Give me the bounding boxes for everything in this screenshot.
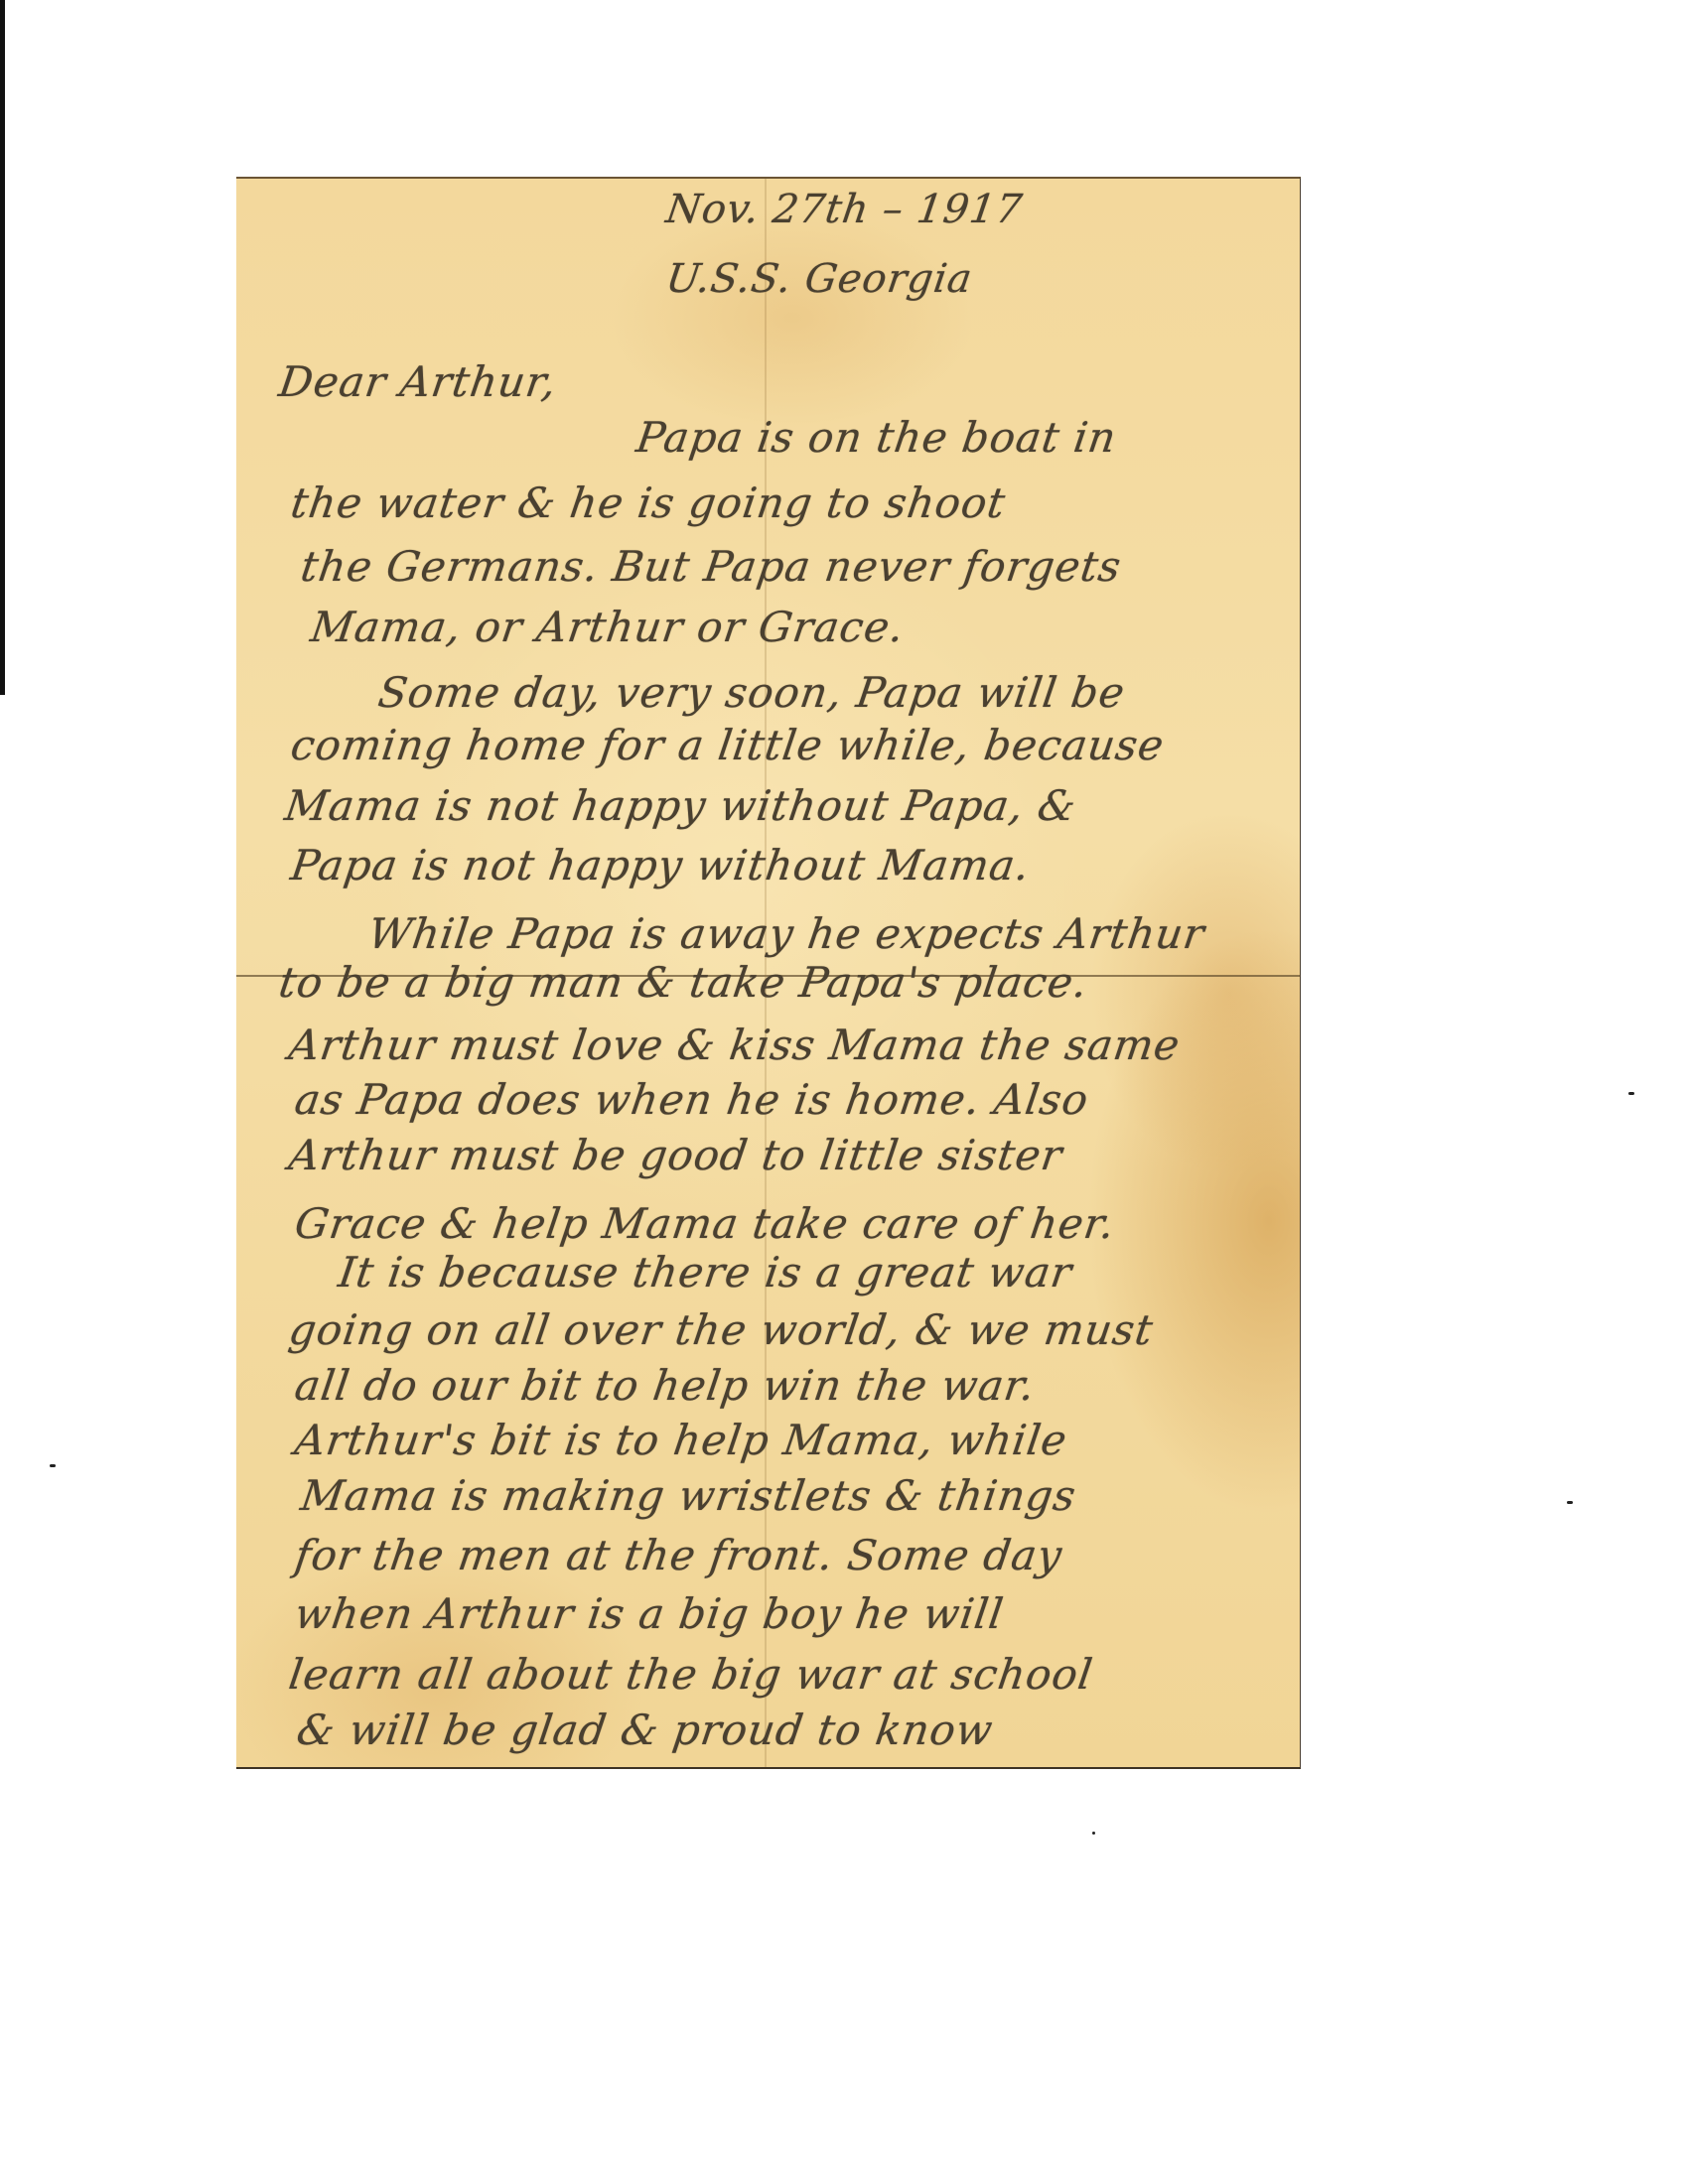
- letter-line: Papa is on the boat in: [633, 413, 1120, 462]
- scan-speck: [1092, 1832, 1095, 1835]
- letter-paper: Nov. 27th – 1917 U.S.S. Georgia Dear Art…: [236, 177, 1301, 1769]
- scan-edge-shadow: [0, 0, 5, 695]
- letter-line: to be a big man & take Papa's place.: [276, 958, 1091, 1007]
- scan-speck: [1628, 1092, 1634, 1095]
- letter-line: as Papa does when he is home. Also: [292, 1075, 1092, 1124]
- scan-speck: [1567, 1501, 1573, 1504]
- letter-line: & will be glad & proud to know: [294, 1706, 996, 1754]
- letter-line: when Arthur is a big boy he will: [292, 1589, 1007, 1638]
- letter-line: Arthur's bit is to help Mama, while: [292, 1416, 1070, 1464]
- letter-line: Papa is not happy without Mama.: [288, 841, 1034, 889]
- letter-line: Some day, very soon, Papa will be: [375, 668, 1128, 717]
- letter-date: Nov. 27th – 1917: [663, 187, 1026, 232]
- letter-line: learn all about the big war at school: [286, 1650, 1096, 1699]
- letter-line: the Germans. But Papa never forgets: [298, 542, 1125, 591]
- letter-line: Mama is not happy without Papa, &: [282, 781, 1079, 830]
- letter-line: all do our bit to help win the war.: [292, 1361, 1039, 1410]
- letter-line: for the men at the front. Some day: [292, 1531, 1065, 1579]
- letter-line: the water & he is going to shoot: [288, 478, 1009, 527]
- letter-line: It is because there is a great war: [336, 1248, 1075, 1297]
- scan-speck: [50, 1464, 56, 1467]
- letter-line: Mama is making wristlets & things: [298, 1471, 1079, 1520]
- letter-line: Arthur must be good to little sister: [286, 1131, 1065, 1179]
- letter-line: going on all over the world, & we must: [286, 1305, 1157, 1354]
- letter-salutation: Dear Arthur,: [276, 357, 560, 406]
- letter-line: While Papa is away he expects Arthur: [365, 909, 1208, 958]
- letter-line: Mama, or Arthur or Grace.: [308, 603, 908, 651]
- letter-place: U.S.S. Georgia: [663, 256, 975, 302]
- letter-line: Grace & help Mama take care of her.: [292, 1199, 1118, 1248]
- letter-line: coming home for a little while, because: [288, 721, 1168, 769]
- letter-line: Arthur must love & kiss Mama the same: [286, 1021, 1184, 1069]
